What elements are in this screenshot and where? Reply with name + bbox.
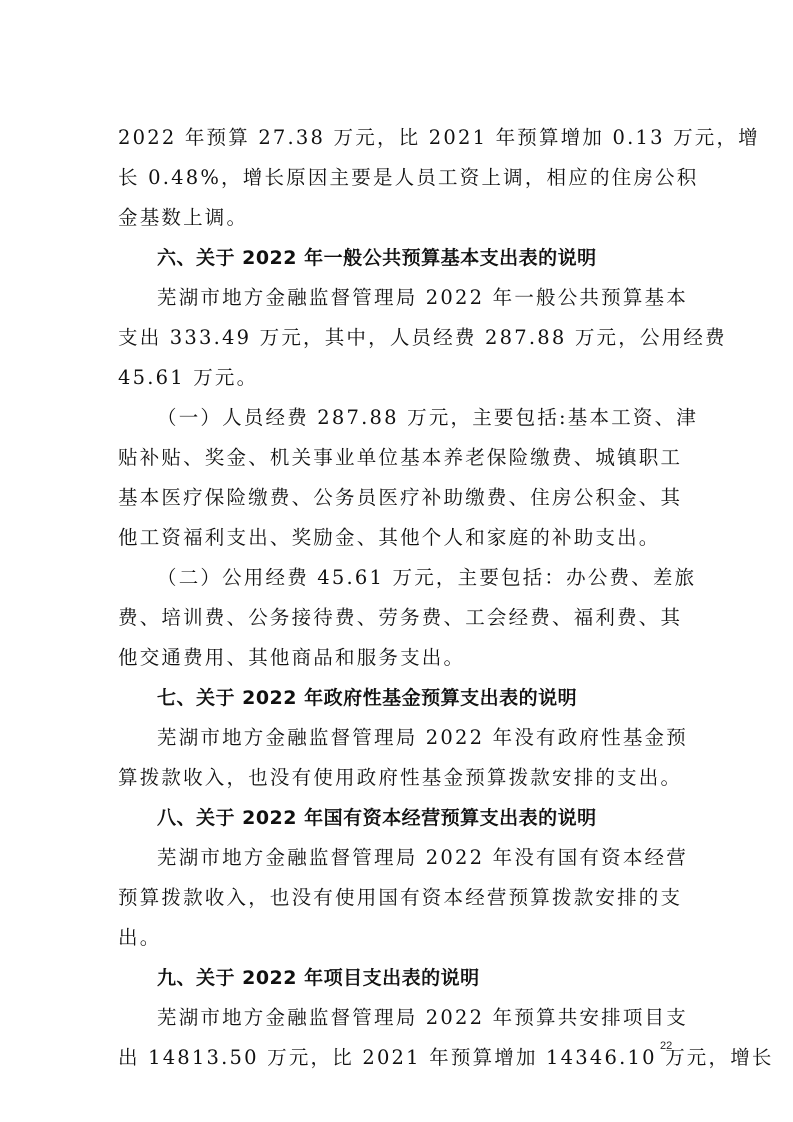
section-heading-6: 六、关于 2022 年一般公共预算基本支出表的说明 <box>157 238 676 278</box>
paragraph-line: 金基数上调。 <box>118 198 676 238</box>
paragraph-line: 芜湖市地方金融监督管理局 2022 年预算共安排项目支 <box>157 998 676 1038</box>
paragraph-line: 预算拨款收入，也没有使用国有资本经营预算拨款安排的支 <box>118 878 676 918</box>
section-heading-8: 八、关于 2022 年国有资本经营预算支出表的说明 <box>157 798 676 838</box>
paragraph-line: 他交通费用、其他商品和服务支出。 <box>118 638 676 678</box>
section-heading-9: 九、关于 2022 年项目支出表的说明 <box>157 958 676 998</box>
paragraph-line: 芜湖市地方金融监督管理局 2022 年一般公共预算基本 <box>157 278 676 318</box>
paragraph-line: 芜湖市地方金融监督管理局 2022 年没有政府性基金预 <box>157 718 676 758</box>
paragraph-line: 他工资福利支出、奖励金、其他个人和家庭的补助支出。 <box>118 518 676 558</box>
paragraph-line: 支出 333.49 万元，其中，人员经费 287.88 万元，公用经费 <box>118 318 676 358</box>
paragraph-line: 2022 年预算 27.38 万元，比 2021 年预算增加 0.13 万元，增 <box>118 118 676 158</box>
paragraph-line: 出。 <box>118 918 676 958</box>
paragraph-line: （一）人员经费 287.88 万元，主要包括:基本工资、津 <box>157 398 676 438</box>
paragraph-line: 费、培训费、公务接待费、劳务费、工会经费、福利费、其 <box>118 598 676 638</box>
paragraph-line: （二）公用经费 45.61 万元，主要包括：办公费、差旅 <box>157 558 676 598</box>
paragraph-line: 算拨款收入，也没有使用政府性基金预算拨款安排的支出。 <box>118 758 676 798</box>
paragraph-line: 基本医疗保险缴费、公务员医疗补助缴费、住房公积金、其 <box>118 478 676 518</box>
paragraph-line: 芜湖市地方金融监督管理局 2022 年没有国有资本经营 <box>157 838 676 878</box>
paragraph-line: 45.61 万元。 <box>118 358 676 398</box>
paragraph-line: 出 14813.50 万元，比 2021 年预算增加 14346.10 万元，增… <box>118 1038 676 1078</box>
paragraph-line: 贴补贴、奖金、机关事业单位基本养老保险缴费、城镇职工 <box>118 438 676 478</box>
section-heading-7: 七、关于 2022 年政府性基金预算支出表的说明 <box>157 678 676 718</box>
page-number: 22 <box>660 1040 672 1052</box>
paragraph-line: 长 0.48%，增长原因主要是人员工资上调，相应的住房公积 <box>118 158 676 198</box>
